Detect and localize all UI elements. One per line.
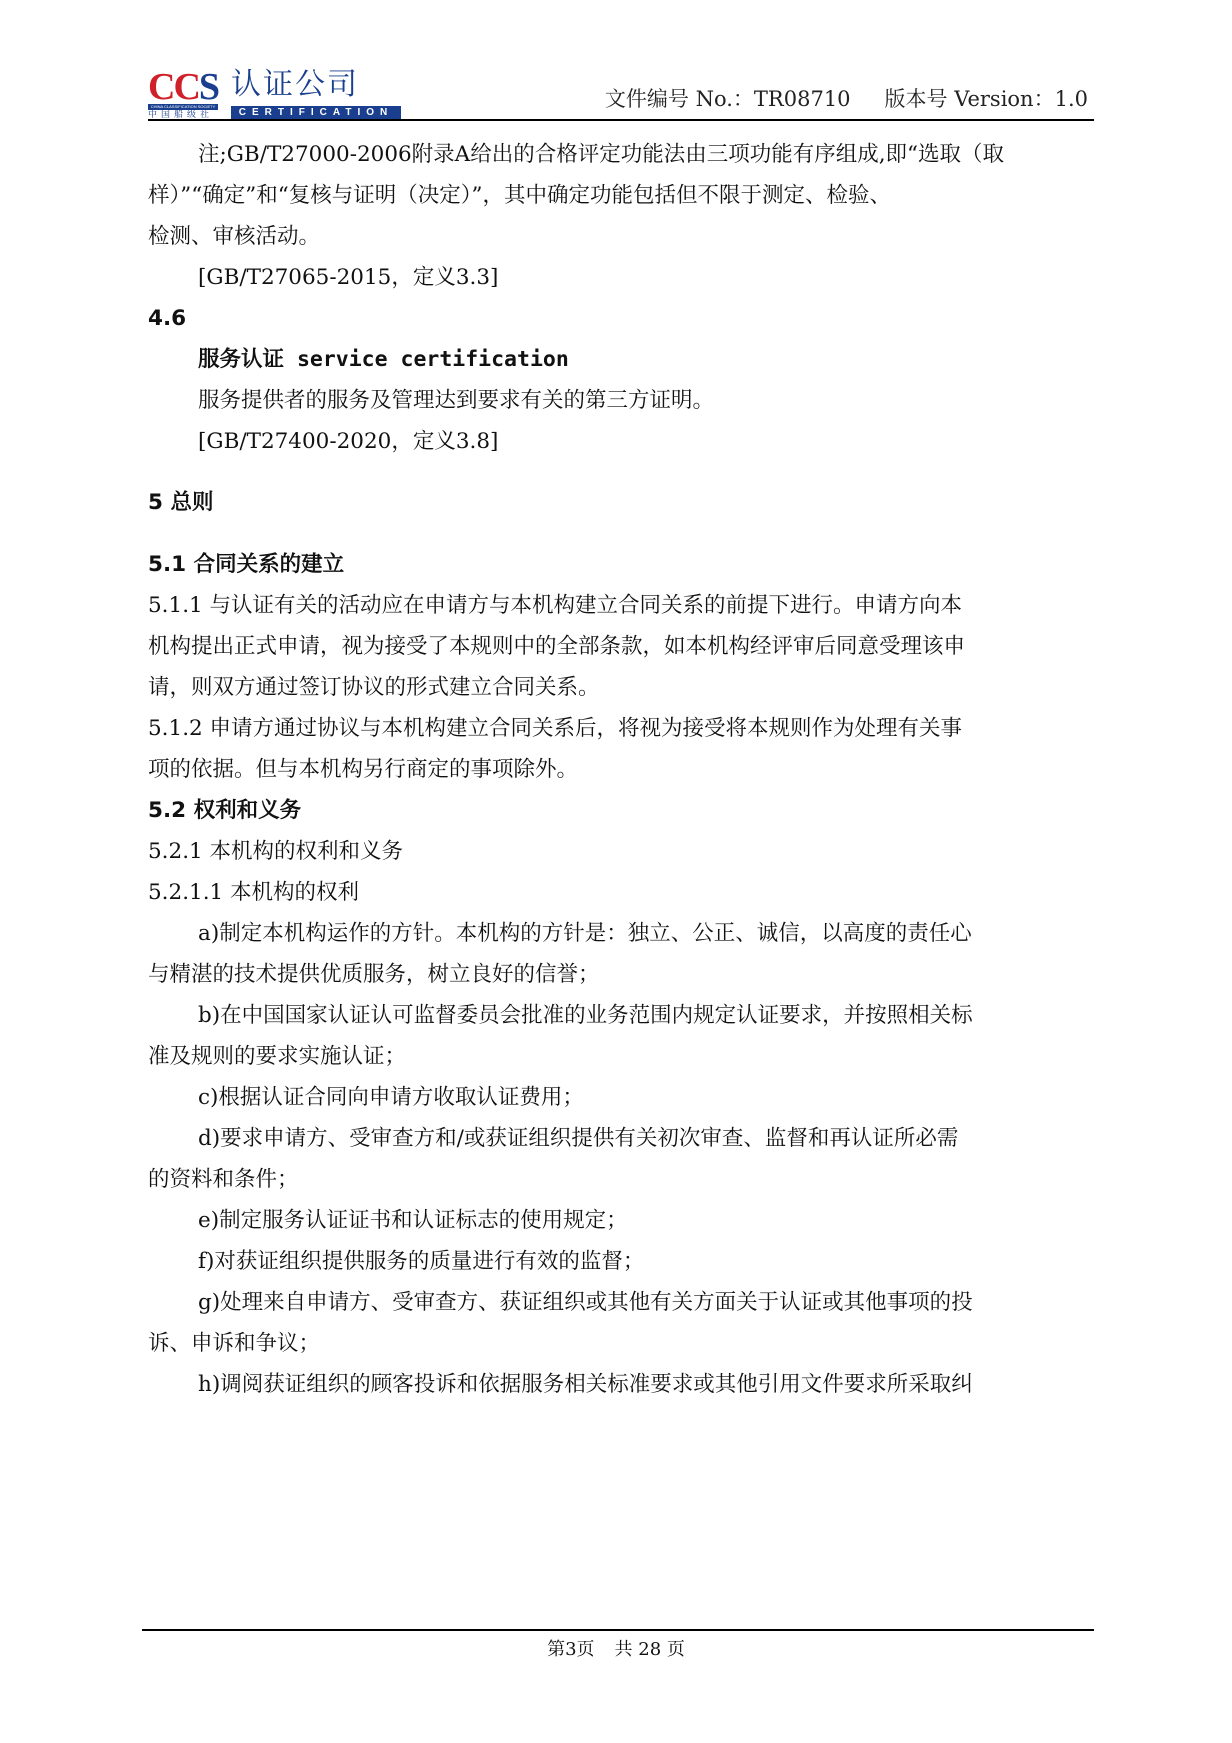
logo-company-name: 认证公司 — [231, 68, 359, 102]
section-heading-5: 5 总则 — [148, 488, 213, 518]
item-e: e)制定服务认证证书和认证标志的使用规定； — [198, 1206, 628, 1236]
page-current: 第3页 — [547, 1638, 594, 1662]
page-number: 第3页共 28 页 — [0, 1638, 1232, 1662]
note-line-2: 样）”“确定”和“复核与证明（决定）”，其中确定功能包括但不限于测定、检验、 — [148, 181, 891, 211]
reference-citation: [GB/T27400-2020，定义3.8] — [198, 427, 498, 457]
clause-5-1-1-line-1: 5.1.1 与认证有关的活动应在申请方与本机构建立合同关系的前提下进行。申请方向… — [148, 591, 962, 621]
ccs-certification-logo: CCS CHINA CLASSIFICATION SOCIETY 中国船级社 认… — [148, 68, 408, 120]
doc-number: TR08710 — [754, 86, 851, 112]
document-meta: 文件编号 No.：TR08710版本号 Version：1.0 — [605, 86, 1088, 112]
page-header: CCS CHINA CLASSIFICATION SOCIETY 中国船级社 认… — [148, 62, 1098, 122]
item-a-line-2: 与精湛的技术提供优质服务，树立良好的信誉； — [148, 960, 600, 990]
item-d-line-2: 的资料和条件； — [148, 1165, 299, 1195]
header-divider — [148, 119, 1094, 121]
item-g-line-2: 诉、申诉和争议； — [148, 1329, 320, 1359]
document-page: CCS CHINA CLASSIFICATION SOCIETY 中国船级社 认… — [0, 0, 1232, 1743]
footer-divider — [142, 1629, 1094, 1631]
term-definition: 服务提供者的服务及管理达到要求有关的第三方证明。 — [198, 386, 714, 416]
item-h-line-1: h)调阅获证组织的顾客投诉和依据服务相关标准要求或其他引用文件要求所采取纠 — [198, 1370, 973, 1400]
note-line-1: 注;GB/T27000-2006附录A给出的合格评定功能法由三项功能有序组成,即… — [198, 140, 1004, 170]
doc-number-label: 文件编号 No.： — [605, 86, 754, 112]
item-a-line-1: a)制定本机构运作的方针。本机构的方针是：独立、公正、诚信，以高度的责任心 — [198, 919, 972, 949]
reference-citation: [GB/T27065-2015，定义3.3] — [198, 263, 498, 293]
section-heading-5-2: 5.2 权利和义务 — [148, 796, 301, 826]
term-title: 服务认证 service certification — [198, 345, 569, 375]
item-b-line-1: b)在中国国家认证认可监督委员会批准的业务范围内规定认证要求，并按照相关标 — [198, 1001, 973, 1031]
clause-5-2-1-1: 5.2.1.1 本机构的权利 — [148, 878, 359, 908]
clause-number-4-6: 4.6 — [148, 304, 186, 334]
clause-5-1-1-line-2: 机构提出正式申请，视为接受了本规则中的全部条款，如本机构经评审后同意受理该申 — [148, 632, 965, 662]
page-total: 共 28 页 — [615, 1638, 685, 1662]
version-label: 版本号 Version： — [885, 86, 1055, 112]
ccs-logo-mark: CCS — [148, 68, 218, 106]
item-f: f)对获证组织提供服务的质量进行有效的监督； — [198, 1247, 644, 1277]
clause-5-1-2-line-2: 项的依据。但与本机构另行商定的事项除外。 — [148, 755, 578, 785]
item-b-line-2: 准及规则的要求实施认证； — [148, 1042, 406, 1072]
clause-5-1-1-line-3: 请，则双方通过签订协议的形式建立合同关系。 — [148, 673, 600, 703]
item-c: c)根据认证合同向申请方收取认证费用； — [198, 1083, 584, 1113]
version-number: 1.0 — [1055, 86, 1088, 112]
note-line-3: 检测、审核活动。 — [148, 222, 320, 252]
logo-certification-band: CERTIFICATION — [231, 106, 401, 120]
section-heading-5-1: 5.1 合同关系的建立 — [148, 550, 344, 580]
clause-5-1-2-line-1: 5.1.2 申请方通过协议与本机构建立合同关系后，将视为接受将本规则作为处理有关… — [148, 714, 962, 744]
item-g-line-1: g)处理来自申请方、受审查方、获证组织或其他有关方面关于认证或其他事项的投 — [198, 1288, 973, 1318]
item-d-line-1: d)要求申请方、受审查方和/或获证组织提供有关初次审查、监督和再认证所必需 — [198, 1124, 958, 1154]
clause-5-2-1: 5.2.1 本机构的权利和义务 — [148, 837, 403, 867]
